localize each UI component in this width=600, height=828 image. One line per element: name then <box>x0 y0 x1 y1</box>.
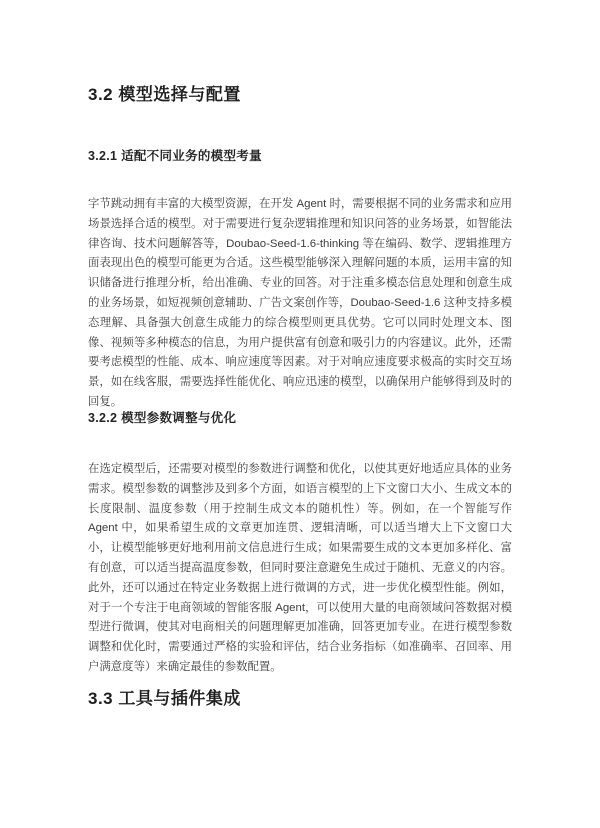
paragraph-parameter-tuning: 在选定模型后，还需要对模型的参数进行调整和优化，以使其更好地适应具体的业务需求。… <box>88 460 512 678</box>
paragraph-model-considerations: 字节跳动拥有丰富的大模型资源，在开发 Agent 时，需要根据不同的业务需求和应… <box>88 195 512 413</box>
document-page: 3.2 模型选择与配置 3.2.1 适配不同业务的模型考量 字节跳动拥有丰富的大… <box>0 0 600 828</box>
section-heading-3-3: 3.3 工具与插件集成 <box>88 688 512 710</box>
subsection-heading-3-2-2: 3.2.2 模型参数调整与优化 <box>88 410 512 427</box>
section-heading-3-2: 3.2 模型选择与配置 <box>88 84 512 106</box>
subsection-heading-3-2-1: 3.2.1 适配不同业务的模型考量 <box>88 148 512 165</box>
